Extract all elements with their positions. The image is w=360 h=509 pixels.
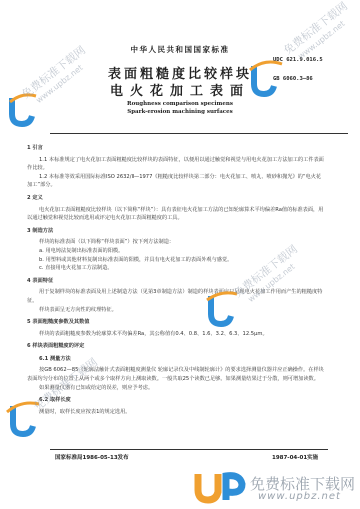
section-heading: 6 样块表面粗糙度的评定: [27, 342, 325, 351]
bottom-rule: [50, 449, 328, 450]
paragraph: 1.2 本标准等效采用国际标准ISO 2632/Ⅱ—1977《粗糙度比较样块第二…: [27, 173, 325, 190]
paragraph: 样块表面呈无方向性的纹理特征。: [27, 306, 325, 315]
top-rule: [50, 133, 348, 134]
issue-date: 国家标准局1986-05-13发布: [55, 453, 129, 461]
paragraph: 1.1 本标准规定了电火花加工表面粗糙度比较样块的表面特征，以便用以通过触觉和视…: [27, 156, 325, 173]
brand-url: www.upbz.net: [258, 491, 341, 502]
section-heading: 5 表面粗糙度参数及其数值: [27, 318, 325, 327]
effective-date: 1987-04-01实施: [272, 453, 318, 461]
english-title-line1: Roughness comparison specimens: [0, 101, 360, 107]
paragraph: 电火花加工表面粗糙度比较样块（以下简称“样块”）：具有表征电火花加工方法的已知轮…: [27, 206, 325, 223]
english-title-line2: Spark-erosion machining surfaces: [0, 109, 360, 115]
section-heading: 2 定义: [27, 194, 325, 203]
section-heading: 3 制造方法: [27, 227, 325, 236]
paragraph: 测量时，取样长度应按表1的规定选用。: [27, 408, 325, 417]
section-heading: 1 引言: [27, 144, 325, 153]
paragraph: 用于复制样块的标准表面及用上述制造方法（见第3章制造方法）制造的样块表面应只呈现…: [27, 288, 325, 305]
document-page: 中华人民共和国国家标准 表面粗糙度比较样块 电火花加工表面 Roughness …: [0, 0, 360, 509]
subsection-heading: 6.1 测量方法: [27, 355, 325, 364]
gb-number: GB 6060.3—86: [273, 76, 313, 82]
udc-code: UDC 621.9.016.5: [273, 57, 323, 63]
subsection-heading: 6.2 取样长度: [27, 396, 325, 405]
brand-logo-icon: [192, 470, 248, 508]
paragraph: 样块的表面粗糙度参数为轮廓算术平均偏差Ra，其公称值有0.4、0.8、1.6、3…: [27, 330, 325, 339]
paragraph: 样块的标准表面（以下简称“样块表面”）按下列方法制造：: [27, 238, 325, 247]
